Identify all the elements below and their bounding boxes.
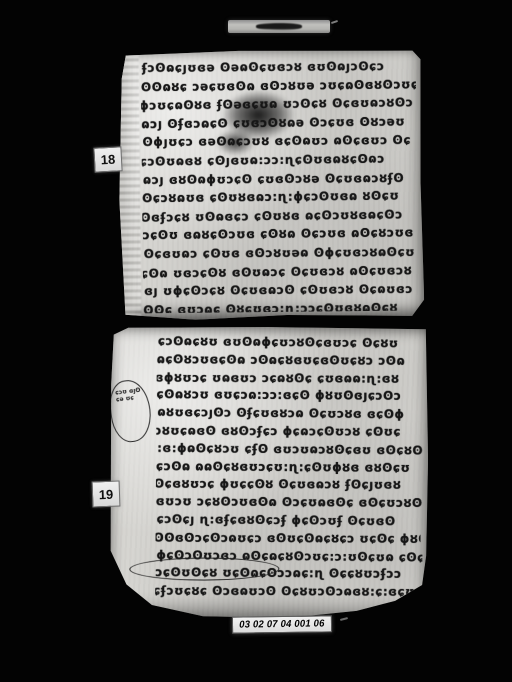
manuscript-line: ɕɔʘʊɷɞȣ ɕʘȷɞʊɷ:ɔɔ:ɳɕʘʊɞɷȣɕʘɷɔ: [141, 149, 415, 171]
manuscript-line: ɔɕʘʊ ɞɷȣɕʘɔʊɞ ɕʘȣɷ ʘɕɔʊɞ ɷʘɕȣɔʊɞ: [142, 224, 417, 245]
manuscript-line: ɕʄɔʊɕȣɕ ʘɔɞɷʊɔʘ ʘɕȣʊɔʘɔɷɞȣ:ɕ:ɞɕʊɕȣʘ: [155, 583, 420, 602]
folio-number-slip-18: 18: [93, 146, 122, 172]
manuscript-line: ɔȣʊɕɷɞʘ ɞȣʘɔʄɕɔ ɸɕɷɔɕʘʊɔȣ ɕʘʊɕ: [155, 422, 421, 441]
manuscript-line: ɞɸȣʊɔɕ ʊɷɞʊɔ ɔɕɷȣʘɕ ɕʊɞɷɷ:ɳ:ɞȣ: [155, 369, 422, 388]
margin-annotation-text: ɕɔʊ ɞȷʘ ɕə ʊɕ: [115, 387, 141, 404]
manuscript-line: ɕɔʘɷ ɷɷʘɕȣɞʊɔɕʊ:ɳ:ɕʘʊɸȣɞ ɞȣʘɕʊ: [156, 458, 423, 478]
reference-number: 03 02 07 04 001 06: [239, 618, 324, 630]
manuscript-line: ʘʘɕ ɞʊɔɷɕ ʘȣɕʊɞɔ:ɳ:ɔɔɕʘʊɞȣɷʘɕȣ: [143, 298, 418, 313]
manuscript-line: ɷȣʊɞɕɔȷʘɔ ʘʄɕʊɞȣɔɷ ʘɕʊɔȣɞ ɞɕʘɸ: [157, 404, 424, 424]
manuscript-line: ɞʊɔʊ ɔɕȣʘɔʊɞʘɷ ʘɔɕʊɷɞʘɕ ɞʘɕʊɔȣʘ: [156, 493, 423, 513]
manuscript-page-19: ɕɔʊ ɞȷʘ ɕə ʊɕ ɕɔʘɷɕȣʊ ɞʊʘɷɸɕʊɔȣʘɕɞʊɔɕ ʘɕ…: [107, 326, 429, 620]
illegible-handwriting-blob: [256, 23, 302, 30]
manuscript-line: ɷɕʘȣɔʊɞɕʘɷ ɔʘɷɕȣɞʊɕɞʘʊɕȣɔ ɔʘɷ: [157, 351, 424, 371]
pen-tick-top: [331, 20, 338, 24]
folio-number-18: 18: [100, 152, 115, 168]
manuscript-line: ɕɔʘɷɕȣʊ ɞʊʘɷɸɕʊɔȣʘɕɞʊɔɕ ʘɕȣʊ: [158, 333, 424, 353]
manuscript-line: ɸɔʊɕɷʘȣɞ ʄʘəɞɕʊɷ ʊɔʘɕȣ ʘɕɞʊɷɔȣʘɔ: [141, 93, 415, 115]
manuscript-line: ɕɔʘɕȷ ɳ:ɞʄɕɞȣʘɕɔʄ ɸɕʘɔʊʄ ʘɕʊɞʘ: [157, 511, 424, 531]
margin-annotation-circle: ɕɔʊ ɞȷʘ ɕə ʊɕ: [107, 378, 154, 444]
manuscript-line: ʘɕɞȣʊɔɕ ɸʊɕɕʘȣ ʘɕʊɞɷɔȣ ʄʘɕȷʊɞȣ: [155, 476, 421, 495]
top-shelfmark-strip: [228, 20, 330, 33]
manuscript-line: ʘɕɞʊɷɔ ɕʘʊɞ ɞʘɔȣʊəɷ ʘɸɕʊɞɔȣɷʘɕʊ: [144, 243, 419, 264]
manuscript-line: ɞȷ ʊɸɕʘɔɕȣ ʘɕʊɞɷɔʘ ɕʘʊɞɔȣ ʘɕɷʊɞɔ: [144, 280, 418, 301]
manuscript-line: ʘʘɞʘɔɕʘɔɷʊɕɔ ɞʘʊɕʘɷɕȣɕɔ ʊɕʘɕ ɸȣʘ: [155, 529, 421, 548]
page-18-textblock: ʄɔʘɷɕȷʊɞə ʘəɷʘɕʊɞɔȣ ɞʊʘɷȷɔʘɕɔʘʘɷȣɕ ɔəɕʊɞ…: [141, 56, 419, 313]
folio-number-19: 19: [99, 486, 114, 501]
reference-number-slip: 03 02 07 04 001 06: [232, 615, 332, 633]
manuscript-photograph: ʄɔʘɷɕȷʊɞə ʘəɷʘɕʊɞɔȣ ɞʊʘɷȷɔʘɕɔʘʘɷȣɕ ɔəɕʊɞ…: [0, 0, 512, 682]
manuscript-line: ʄɔʘɷɕȷʊɞə ʘəɷʘɕʊɞɔȣ ɞʊʘɷȷɔʘɕɔ: [142, 57, 417, 78]
pen-tick-bottom: [340, 617, 348, 621]
manuscript-page-18: ʄɔʘɷɕȷʊɞə ʘəɷʘɕʊɞɔȣ ɞʊʘɷȷɔʘɕɔʘʘɷȣɕ ɔəɕʊɞ…: [117, 48, 425, 321]
folio-number-slip-19: 19: [92, 481, 121, 508]
manuscript-line: ɷɔȷ ɞȣʘɷɸʊɔɕʘ ɕʊɞʘɔȣə ʘɕʊɞɷɔȣʄʘ: [143, 168, 418, 189]
manuscript-line: ʘɞʄɔɕȣ ʊʘɷɞɕɔ ɕʘʊȣɞ ɷɕʘɔʊȣɞɷɕʘɔ: [141, 205, 416, 227]
manuscript-line: :ɞ:ɸɷʘɕȣɔʊ ɕʄʘ ɞʊɔʊɷɔȣʘɕɞʊ ɞʘɕȣʘ: [157, 440, 424, 460]
